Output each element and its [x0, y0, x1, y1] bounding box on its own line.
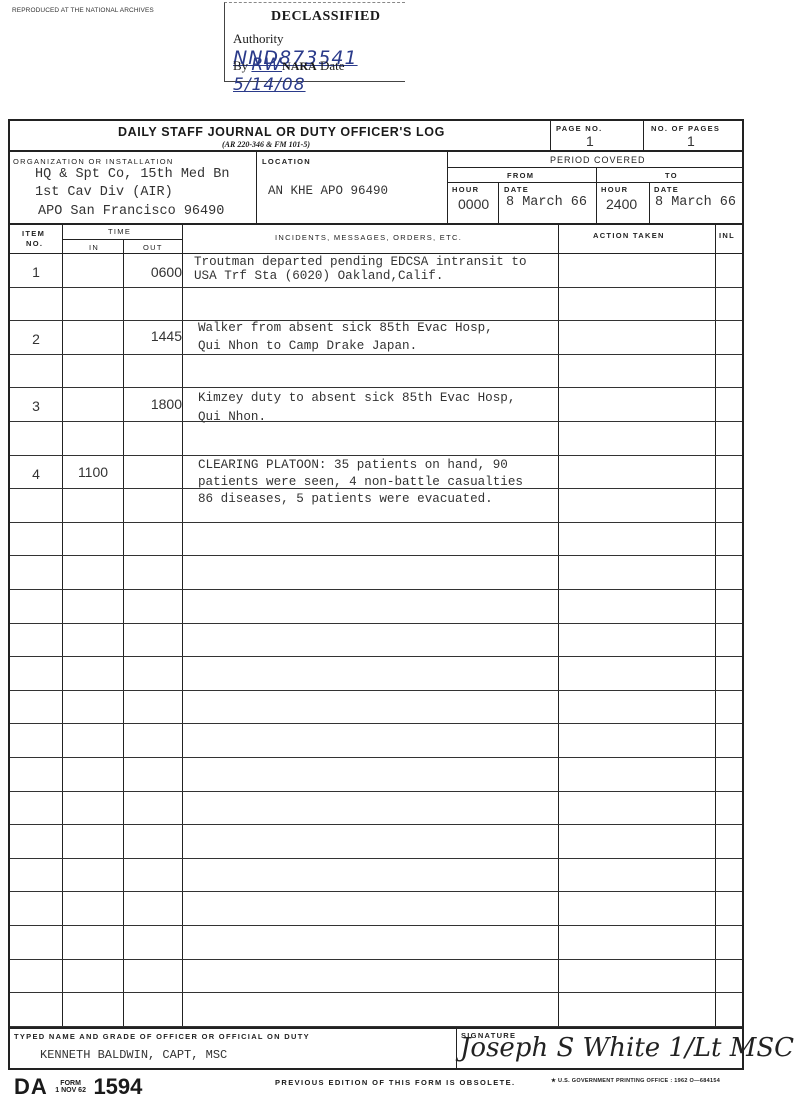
entry-2-line-2: Qui Nhon to Camp Drake Japan. — [198, 338, 417, 354]
org-line-2: 1st Cav Div (AIR) — [35, 185, 173, 200]
table-row — [10, 792, 742, 826]
form-da: DA — [14, 1074, 48, 1099]
table-row — [10, 556, 742, 590]
page-no-value: 1 — [586, 133, 594, 149]
table-row — [10, 288, 742, 322]
from-date-label: DATE — [504, 185, 529, 194]
by-initials: RW — [251, 55, 282, 75]
entry-2-line-1: Walker from absent sick 85th Evac Hosp, — [198, 320, 493, 336]
by-line: By RWNARA Date 5/14/08 — [233, 55, 405, 95]
signature: Joseph S White 1/Lt MSC — [460, 1033, 794, 1063]
table-row — [10, 960, 742, 994]
log-table: 1 0600 Troutman departed pending EDCSA i… — [10, 254, 742, 1028]
from-label: FROM — [507, 171, 534, 180]
date-label: Date — [320, 58, 345, 73]
stamp-date-value: 5/14/08 — [233, 75, 306, 95]
to-hour-label: HOUR — [601, 185, 628, 194]
form-title: DAILY STAFF JOURNAL OR DUTY OFFICER'S LO… — [118, 125, 445, 139]
org-line-1: HQ & Spt Co, 15th Med Bn — [35, 167, 229, 182]
nara-label: NARA — [282, 59, 317, 73]
table-row — [10, 859, 742, 893]
org-label: ORGANIZATION OR INSTALLATION — [13, 157, 174, 166]
col-item-label: ITEM — [22, 229, 45, 238]
declassification-stamp: DECLASSIFIED Authority NND873541 By RWNA… — [224, 2, 405, 82]
table-row — [10, 590, 742, 624]
table-row — [10, 624, 742, 658]
col-time-label: TIME — [108, 227, 131, 236]
entry-4-item: 4 — [10, 466, 62, 482]
duty-officer-log-form: DAILY STAFF JOURNAL OR DUTY OFFICER'S LO… — [8, 119, 744, 1070]
entry-1-line-2: USA Trf Sta (6020) Oakland,Calif. — [194, 268, 443, 284]
by-label: By — [233, 58, 248, 73]
authority-label: Authority — [233, 31, 284, 46]
to-date-value: 8 March 66 — [655, 195, 736, 210]
table-row — [10, 993, 742, 1027]
table-row — [10, 422, 742, 456]
col-no-label: NO. — [26, 239, 43, 248]
officer-name: KENNETH BALDWIN, CAPT, MSC — [40, 1048, 227, 1062]
gpo-note: ★ U.S. GOVERNMENT PRINTING OFFICE : 1962… — [551, 1078, 720, 1084]
table-row — [10, 758, 742, 792]
entry-2-item: 2 — [10, 331, 62, 347]
col-incidents-label: INCIDENTS, MESSAGES, ORDERS, ETC. — [275, 233, 462, 242]
form-number-value: 1594 — [93, 1074, 142, 1099]
table-row — [10, 892, 742, 926]
from-date-value: 8 March 66 — [506, 195, 587, 210]
col-in-label: IN — [89, 243, 99, 252]
form-edition: FORM1 NOV 62 — [55, 1080, 86, 1094]
entry-3-item: 3 — [10, 398, 62, 414]
entry-4-in: 1100 — [63, 464, 123, 480]
col-inl-label: INL — [719, 231, 735, 240]
table-row — [10, 724, 742, 758]
entry-4-line-2: patients were seen, 4 non-battle casualt… — [198, 474, 523, 490]
table-row — [10, 825, 742, 859]
entry-1-out: 0600 — [124, 264, 182, 280]
to-label: TO — [665, 171, 678, 180]
archives-reproduction-note: REPRODUCED AT THE NATIONAL ARCHIVES — [12, 7, 154, 14]
entry-4-line-3: 86 diseases, 5 patients were evacuated. — [198, 491, 493, 507]
to-date-label: DATE — [654, 185, 679, 194]
col-action-label: ACTION TAKEN — [593, 231, 665, 240]
page-no-label: PAGE NO. — [556, 124, 603, 133]
table-row — [10, 523, 742, 557]
table-row — [10, 657, 742, 691]
location-value: AN KHE APO 96490 — [268, 184, 388, 198]
form-subtitle: (AR 220-346 & FM 101-5) — [222, 140, 310, 149]
col-out-label: OUT — [143, 243, 163, 252]
entry-4-line-1: CLEARING PLATOON: 35 patients on hand, 9… — [198, 457, 508, 473]
org-line-3: APO San Francisco 96490 — [38, 204, 224, 219]
entry-3-line-2: Qui Nhon. — [198, 409, 266, 425]
table-row — [10, 355, 742, 389]
to-hour-value: 2400 — [606, 196, 637, 212]
num-pages-value: 1 — [687, 133, 695, 149]
previous-edition-note: PREVIOUS EDITION OF THIS FORM IS OBSOLET… — [275, 1078, 515, 1087]
entry-2-out: 1445 — [124, 328, 182, 344]
num-pages-label: NO. OF PAGES — [651, 124, 720, 133]
from-hour-value: 0000 — [458, 196, 489, 212]
entry-3-line-1: Kimzey duty to absent sick 85th Evac Hos… — [198, 390, 515, 406]
form-number: DA FORM1 NOV 62 1594 — [14, 1074, 142, 1100]
table-row — [10, 926, 742, 960]
officer-label: TYPED NAME AND GRADE OF OFFICER OR OFFIC… — [14, 1032, 310, 1041]
table-row — [10, 691, 742, 725]
entry-1-item: 1 — [10, 264, 62, 280]
location-label: LOCATION — [262, 157, 311, 166]
from-hour-label: HOUR — [452, 185, 479, 194]
declassified-heading: DECLASSIFIED — [271, 9, 380, 25]
entry-3-out: 1800 — [124, 396, 182, 412]
period-covered-label: PERIOD COVERED — [550, 155, 646, 165]
